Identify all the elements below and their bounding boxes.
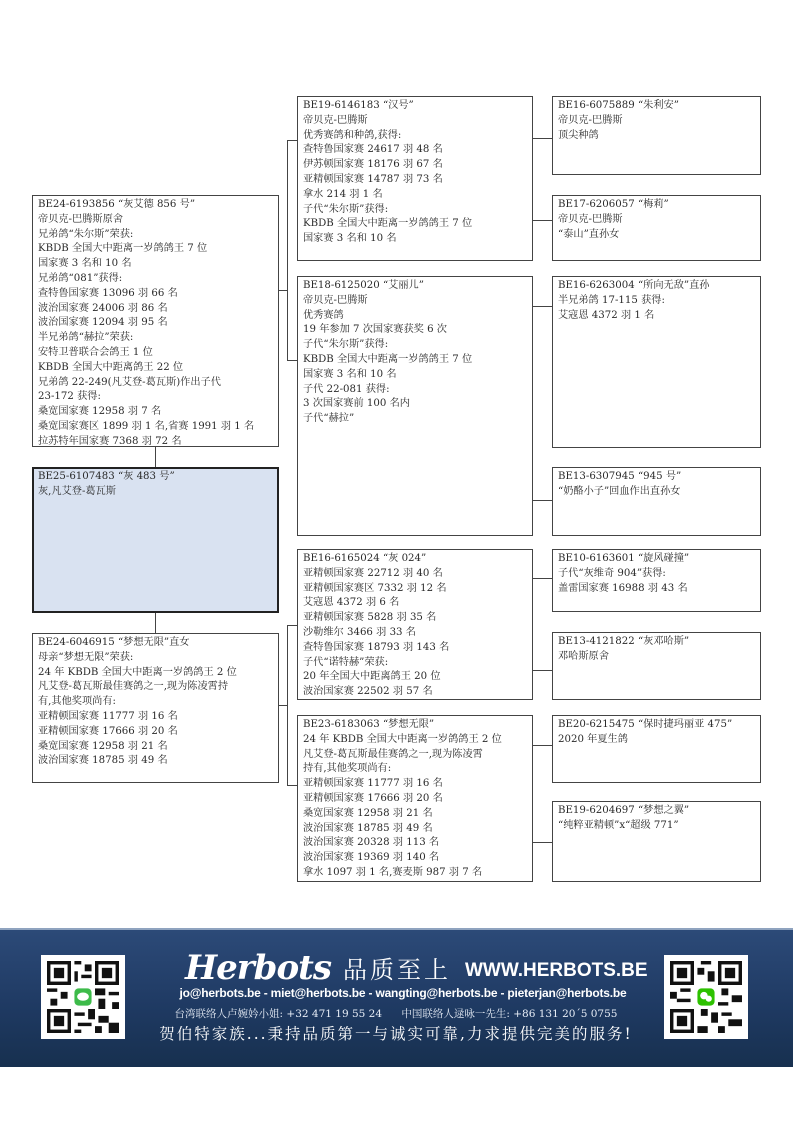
text-line: 亚精顿国家赛 14787 羽 73 名 bbox=[303, 173, 527, 188]
pedigree-box-ds-dam: BE13-4121822 “灰邓哈斯” 邓哈斯原舍 bbox=[552, 632, 761, 700]
ring-title: BE13-6307945 “945 号” bbox=[558, 470, 755, 485]
contact-taiwan: 台湾联络人卢婉妗小姐: +32 471 19 55 24 bbox=[175, 1008, 383, 1020]
text-line: KBDB 全国大中距离一岁鸽鸽王 7 位 bbox=[303, 217, 527, 232]
text-line: 查特鲁国家赛 18793 羽 143 名 bbox=[303, 641, 527, 656]
text-line: 亚精顿国家赛 5828 羽 35 名 bbox=[303, 611, 527, 626]
connector-dd-gd bbox=[533, 842, 552, 843]
connector-subject-dam bbox=[155, 613, 156, 633]
text-line: 持有,其他奖项尚有: bbox=[303, 762, 527, 777]
text-line: 母亲“梦想无限”荣获: bbox=[38, 651, 273, 666]
text-line: 凡艾登-葛瓦斯最佳赛鸽之一,现为陈凌霄持 bbox=[38, 680, 273, 695]
text-line: 桑宽国家赛 12958 羽 21 名 bbox=[303, 807, 527, 822]
connector-ss-gd bbox=[533, 220, 552, 221]
text-line: 凡艾登-葛瓦斯最佳赛鸽之一,现为陈凌霄 bbox=[303, 748, 527, 763]
text-line: 桑宽国家赛 12958 羽 21 名 bbox=[38, 740, 273, 755]
text-line: 波治国家赛 18785 羽 49 名 bbox=[38, 754, 273, 769]
connector-ss-h bbox=[287, 140, 297, 141]
connector-sd-gg bbox=[533, 306, 552, 307]
text-line: 帝贝克-巴腾斯 bbox=[558, 213, 755, 228]
qr-code-icon bbox=[670, 961, 742, 1033]
text-line: KBDB 全国大中距离一岁鸽鸽王 7 位 bbox=[38, 242, 273, 257]
wechat-qr-code[interactable] bbox=[664, 955, 748, 1039]
text-line: 子代“诺特赫”荣获: bbox=[303, 656, 527, 671]
connector-ds-gg bbox=[533, 578, 552, 579]
pedigree-box-dd-dam: BE19-6204697 “梦想之翼” “纯粹亚精顿”x“超级 771” bbox=[552, 801, 761, 882]
text-line: 子代“灰维奇 904”获得: bbox=[558, 567, 755, 582]
text-line: KBDB 全国大中距离一岁鸽鸽王 7 位 bbox=[303, 353, 527, 368]
pedigree-box-ds-sire: BE10-6163601 “旋风碰撞” 子代“灰维奇 904”获得: 盖雷国家赛… bbox=[552, 549, 761, 612]
brand-row: Herbots 品质至上 WWW.HERBOTS.BE bbox=[185, 946, 648, 986]
text-line: 帝贝克-巴腾斯原舍 bbox=[38, 213, 273, 228]
text-line: 子代“赫拉” bbox=[303, 412, 527, 427]
ring-title: BE24-6193856 “灰艾德 856 号” bbox=[38, 198, 273, 213]
ring-title: BE10-6163601 “旋风碰撞” bbox=[558, 552, 755, 567]
contact-china: 中国联络人逯咏一先生: +86 131 20´5 0755 bbox=[401, 1008, 617, 1020]
text-line: 优秀赛鸽 bbox=[303, 309, 527, 324]
text-line: “奶酪小子”回血作出直孙女 bbox=[558, 485, 755, 500]
text-line: 兄弟鸽“081”获得: bbox=[38, 272, 273, 287]
ring-title: BE16-6263004 “所向无敌”直孙 bbox=[558, 279, 755, 294]
connector-sd-h bbox=[287, 360, 297, 361]
pedigree-box-dd-sire: BE20-6215475 “保时捷玛丽亚 475” 2020 年夏生鸽 bbox=[552, 715, 761, 783]
ring-title: BE20-6215475 “保时捷玛丽亚 475” bbox=[558, 718, 755, 733]
text-line: 拉苏特年国家赛 7368 羽 72 名 bbox=[38, 435, 273, 447]
text-line: 波治国家赛 19369 羽 140 名 bbox=[303, 851, 527, 866]
connector-ds-h bbox=[287, 625, 297, 626]
text-line: 艾寇恩 4372 羽 6 名 bbox=[303, 596, 527, 611]
text-line: 国家赛 3 名和 10 名 bbox=[303, 368, 527, 383]
text-line: 有,其他奖项尚有: bbox=[38, 695, 273, 710]
slogan: 品质至上 bbox=[343, 954, 451, 986]
line-qr-code[interactable] bbox=[41, 955, 125, 1039]
text-line: 2020 年夏生鸽 bbox=[558, 733, 755, 748]
ring-title: BE19-6204697 “梦想之翼” bbox=[558, 804, 755, 819]
text-line: 盖雷国家赛 16988 羽 43 名 bbox=[558, 582, 755, 597]
email-list[interactable]: jo@herbots.be - miet@herbots.be - wangti… bbox=[178, 986, 628, 1000]
website-link[interactable]: WWW.HERBOTS.BE bbox=[465, 956, 648, 986]
pedigree-box-dam-sire: BE16-6165024 “灰 024” 亚精顿国家赛 22712 羽 40 名… bbox=[297, 549, 533, 700]
text-line: 兄弟鸽 22-249(凡艾登-葛瓦斯)作出子代 bbox=[38, 376, 273, 391]
text-line: 波治国家赛 20328 羽 113 名 bbox=[303, 836, 527, 851]
text-line: 子代“朱尔斯”获得: bbox=[303, 203, 527, 218]
connector-dam-v bbox=[287, 625, 288, 785]
text-line: 沙勒维尔 3466 羽 33 名 bbox=[303, 626, 527, 641]
text-line: 帝贝克-巴腾斯 bbox=[303, 114, 527, 129]
qr-code-icon bbox=[47, 961, 119, 1033]
text-line: 顶尖种鸽 bbox=[558, 129, 755, 144]
connector-dd-h bbox=[287, 785, 297, 786]
text-line: 桑宽国家赛 12958 羽 7 名 bbox=[38, 405, 273, 420]
pedigree-box-sire-sire: BE19-6146183 “汉号” 帝贝克-巴腾斯 优秀赛鸽和种鸽,获得: 查特… bbox=[297, 96, 533, 261]
connector-dd-gg bbox=[533, 745, 552, 746]
text-line: 帝贝克-巴腾斯 bbox=[558, 114, 755, 129]
text-line: 伊苏顿国家赛 18176 羽 67 名 bbox=[303, 158, 527, 173]
text-line: 亚精顿国家赛 11777 羽 16 名 bbox=[303, 777, 527, 792]
pedigree-box-sire-dam: BE18-6125020 “艾丽儿” 帝贝克-巴腾斯 优秀赛鸽 19 年参加 7… bbox=[297, 276, 533, 536]
contact-line: 台湾联络人卢婉妗小姐: +32 471 19 55 24 中国联络人逯咏一先生:… bbox=[146, 1006, 646, 1021]
text-line: 查特鲁国家赛 24617 羽 48 名 bbox=[303, 143, 527, 158]
connector-dam-h bbox=[279, 705, 287, 706]
pedigree-box-sire: BE24-6193856 “灰艾德 856 号” 帝贝克-巴腾斯原舍 兄弟鸽“朱… bbox=[32, 195, 279, 447]
pedigree-box-ss-sire: BE16-6075889 “朱利安” 帝贝克-巴腾斯 顶尖种鸽 bbox=[552, 96, 761, 175]
text-line: 3 次国家赛前 100 名内 bbox=[303, 397, 527, 412]
ring-title: BE25-6107483 “灰 483 号” bbox=[38, 470, 273, 485]
text-line: 帝贝克-巴腾斯 bbox=[303, 294, 527, 309]
ring-title: BE16-6075889 “朱利安” bbox=[558, 99, 755, 114]
text-line: 亚精顿国家赛 17666 羽 20 名 bbox=[303, 792, 527, 807]
pedigree-box-dam: BE24-6046915 “梦想无限”直女 母亲“梦想无限”荣获: 24 年 K… bbox=[32, 633, 279, 783]
text-line: 亚精顿国家赛区 7332 羽 12 名 bbox=[303, 582, 527, 597]
text-line: 亚精顿国家赛 17666 羽 20 名 bbox=[38, 725, 273, 740]
ring-title: BE24-6046915 “梦想无限”直女 bbox=[38, 636, 273, 651]
connector-sire-v bbox=[287, 140, 288, 360]
text-line: 安特卫普联合会鸽王 1 位 bbox=[38, 346, 273, 361]
text-line: 桑宽国家赛区 1899 羽 1 名,省赛 1991 羽 1 名 bbox=[38, 420, 273, 435]
text-line: 邓哈斯原舍 bbox=[558, 650, 755, 665]
text-line: 拿水 1097 羽 1 名,赛麦斯 987 羽 7 名 bbox=[303, 866, 527, 881]
herbots-logo: Herbots bbox=[185, 950, 331, 986]
ring-title: BE19-6146183 “汉号” bbox=[303, 99, 527, 114]
text-line: 波治国家赛 24006 羽 86 名 bbox=[38, 302, 273, 317]
text-line: 波治国家赛 18785 羽 49 名 bbox=[303, 822, 527, 837]
text-line: “泰山”直孙女 bbox=[558, 228, 755, 243]
text-line: 子代“朱尔斯”获得: bbox=[303, 338, 527, 353]
text-line: 优秀赛鸽和种鸽,获得: bbox=[303, 129, 527, 144]
footer-banner: Herbots 品质至上 WWW.HERBOTS.BE jo@herbots.b… bbox=[0, 928, 793, 1067]
pedigree-box-dam-dam: BE23-6183063 “梦想无限” 24 年 KBDB 全国大中距离一岁鸽鸽… bbox=[297, 715, 533, 882]
pedigree-box-sd-sire: BE16-6263004 “所向无敌”直孙 半兄弟鸽 17-115 获得: 艾寇… bbox=[552, 276, 761, 448]
ring-title: BE18-6125020 “艾丽儿” bbox=[303, 279, 527, 294]
text-line: 19 年参加 7 次国家赛获奖 6 次 bbox=[303, 323, 527, 338]
ring-title: BE23-6183063 “梦想无限” bbox=[303, 718, 527, 733]
text-line: 波治国家赛 22502 羽 57 名 bbox=[303, 685, 527, 700]
text-line: 波治国家赛 12094 羽 95 名 bbox=[38, 316, 273, 331]
text-line: 子代 22-081 获得: bbox=[303, 383, 527, 398]
motto: 贺伯特家族...秉持品质第一与诚实可靠,力求提供完美的服务! bbox=[146, 1022, 646, 1044]
text-line: 半兄弟鸽“赫拉”荣获: bbox=[38, 331, 273, 346]
ring-title: BE16-6165024 “灰 024” bbox=[303, 552, 527, 567]
connector-sd-gd bbox=[533, 500, 552, 501]
text-line: 半兄弟鸽 17-115 获得: bbox=[558, 294, 755, 309]
pedigree-box-sd-dam: BE13-6307945 “945 号” “奶酪小子”回血作出直孙女 bbox=[552, 467, 761, 536]
pedigree-box-ss-dam: BE17-6206057 “梅莉” 帝贝克-巴腾斯 “泰山”直孙女 bbox=[552, 195, 761, 261]
text-line: 亚精顿国家赛 22712 羽 40 名 bbox=[303, 567, 527, 582]
text-line: 国家赛 3 名和 10 名 bbox=[303, 232, 527, 247]
text-line: 查特鲁国家赛 13096 羽 66 名 bbox=[38, 287, 273, 302]
text-line: KBDB 全国大中距离鸽王 22 位 bbox=[38, 361, 273, 376]
connector-sire-subject bbox=[155, 447, 156, 467]
text-line: 亚精顿国家赛 11777 羽 16 名 bbox=[38, 710, 273, 725]
text-line: 艾寇恩 4372 羽 1 名 bbox=[558, 309, 755, 324]
ring-title: BE17-6206057 “梅莉” bbox=[558, 198, 755, 213]
text-line: 兄弟鸽“朱尔斯”荣获: bbox=[38, 228, 273, 243]
text-line: 灰,凡艾登-葛瓦斯 bbox=[38, 485, 273, 500]
pedigree-box-subject: BE25-6107483 “灰 483 号” 灰,凡艾登-葛瓦斯 bbox=[32, 467, 279, 613]
text-line: “纯粹亚精顿”x“超级 771” bbox=[558, 819, 755, 834]
ring-title: BE13-4121822 “灰邓哈斯” bbox=[558, 635, 755, 650]
text-line: 20 年全国大中距离鸽王 20 位 bbox=[303, 670, 527, 685]
text-line: 国家赛 3 名和 10 名 bbox=[38, 257, 273, 272]
text-line: 24 年 KBDB 全国大中距离一岁鸽鸽王 2 位 bbox=[303, 733, 527, 748]
connector-sire-h bbox=[279, 290, 287, 291]
text-line: 24 年 KBDB 全国大中距离一岁鸽鸽王 2 位 bbox=[38, 666, 273, 681]
connector-ss-gg bbox=[533, 138, 552, 139]
text-line: 拿水 214 羽 1 名 bbox=[303, 188, 527, 203]
connector-ds-gd bbox=[533, 670, 552, 671]
text-line: 23-172 获得: bbox=[38, 390, 273, 405]
